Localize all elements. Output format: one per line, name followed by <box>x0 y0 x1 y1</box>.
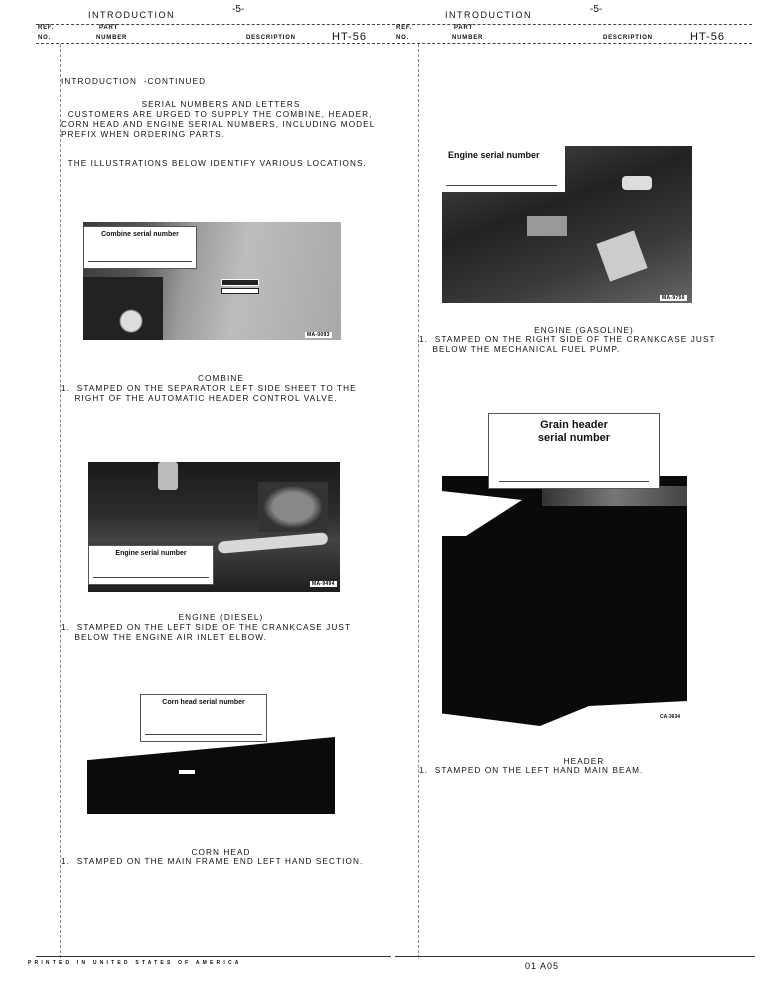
corn-head-callout-box: Corn head serial number <box>140 694 267 742</box>
combine-serial-plate <box>221 279 259 286</box>
engine-filter <box>158 462 178 490</box>
right-header-top-rule <box>392 24 752 25</box>
combine-photo-machinery <box>83 277 163 340</box>
left-header-top-rule <box>36 24 390 25</box>
engine-fitting <box>622 176 652 190</box>
fuel-pump <box>527 216 567 236</box>
corn-head-caption: 1. STAMPED ON THE MAIN FRAME END LEFT HA… <box>61 857 363 867</box>
right-number-label: NUMBER <box>452 35 483 41</box>
header-main-beam <box>542 486 687 506</box>
diesel-callout-box: Engine serial number <box>88 545 214 585</box>
header-highlight <box>442 491 522 536</box>
continued-heading: INTRODUCTION -CONTINUED <box>61 77 206 87</box>
grain-header-callout-line: Grain header <box>489 419 659 432</box>
grain-header-photo <box>442 476 687 726</box>
grain-header-callout-box: Grain header serial number <box>488 413 660 489</box>
caption-line: 1. STAMPED ON THE SEPARATOR LEFT SIDE SH… <box>61 384 357 394</box>
right-model-code: HT-56 <box>690 31 725 43</box>
callout-underline <box>446 185 557 186</box>
corn-head-callout-label: Corn head serial number <box>141 699 266 706</box>
right-description-label: DESCRIPTION <box>603 35 653 41</box>
corn-head-photo <box>87 737 335 814</box>
combine-callout-label: Combine serial number <box>84 231 196 238</box>
right-footer-rule <box>395 956 755 957</box>
diesel-caption-title: ENGINE (DIESEL) <box>61 613 381 623</box>
gasoline-callout-label: Engine serial number <box>448 150 565 160</box>
printed-in-usa-footer: PRINTED IN UNITED STATES OF AMERICA <box>28 960 242 966</box>
header-caption: 1. STAMPED ON THE LEFT HAND MAIN BEAM. <box>419 766 643 776</box>
grain-header-fig-code: CA-3634 <box>660 714 680 720</box>
caption-line: 1. STAMPED ON THE MAIN FRAME END LEFT HA… <box>61 857 363 867</box>
combine-caption-title: COMBINE <box>61 374 381 384</box>
combine-fig-code: MA-0093 <box>305 332 332 338</box>
left-part-label: PART <box>99 25 118 31</box>
left-description-label: DESCRIPTION <box>246 35 296 41</box>
callout-underline <box>499 481 649 482</box>
callout-underline <box>145 734 262 735</box>
grain-header-callout-line: serial number <box>489 432 659 445</box>
diesel-caption: 1. STAMPED ON THE LEFT SIDE OF THE CRANK… <box>61 623 351 643</box>
combine-callout-box: Combine serial number <box>83 226 197 269</box>
caption-line: RIGHT OF THE AUTOMATIC HEADER CONTROL VA… <box>61 394 357 404</box>
left-model-code: HT-56 <box>332 31 367 43</box>
right-no-label: NO. <box>396 35 409 41</box>
caption-line: 1. STAMPED ON THE LEFT HAND MAIN BEAM. <box>419 766 643 776</box>
air-inlet-elbow <box>218 532 329 554</box>
combine-serial-plate <box>221 288 259 294</box>
grain-header-callout-label: Grain header serial number <box>489 419 659 445</box>
left-section-title: INTRODUCTION <box>88 10 175 20</box>
gasoline-callout-box: Engine serial number <box>442 146 565 192</box>
corn-head-serial-plate <box>179 770 195 774</box>
caption-line: 1. STAMPED ON THE RIGHT SIDE OF THE CRAN… <box>419 335 716 345</box>
left-footer-rule <box>36 956 391 957</box>
illustrations-note: THE ILLUSTRATIONS BELOW IDENTIFY VARIOUS… <box>61 159 367 169</box>
left-ref-column-line <box>60 44 61 958</box>
intro-line: CUSTOMERS ARE URGED TO SUPPLY THE COMBIN… <box>61 110 375 120</box>
caption-line: BELOW THE ENGINE AIR INLET ELBOW. <box>61 633 351 643</box>
left-page-number: -5- <box>232 4 244 15</box>
left-ref-label: REF. <box>38 25 54 31</box>
caption-line: 1. STAMPED ON THE LEFT SIDE OF THE CRANK… <box>61 623 351 633</box>
right-header-bottom-rule <box>392 43 752 44</box>
gasoline-caption: 1. STAMPED ON THE RIGHT SIDE OF THE CRAN… <box>419 335 716 355</box>
diesel-fig-code: MA-9494 <box>310 581 337 587</box>
callout-underline <box>88 261 192 262</box>
intro-paragraph: CUSTOMERS ARE URGED TO SUPPLY THE COMBIN… <box>61 110 375 140</box>
right-section-title: INTRODUCTION <box>445 10 532 20</box>
intro-line: PREFIX WHEN ORDERING PARTS. <box>61 130 375 140</box>
serial-numbers-subheading: SERIAL NUMBERS AND LETTERS <box>61 100 381 110</box>
combine-caption: 1. STAMPED ON THE SEPARATOR LEFT SIDE SH… <box>61 384 357 404</box>
callout-underline <box>93 577 209 578</box>
diesel-callout-label: Engine serial number <box>89 550 213 557</box>
right-page-number: -5- <box>590 4 602 15</box>
left-no-label: NO. <box>38 35 51 41</box>
right-part-label: PART <box>454 25 473 31</box>
engine-block-part <box>596 230 647 281</box>
caption-line: BELOW THE MECHANICAL FUEL PUMP. <box>419 345 716 355</box>
gasoline-fig-code: MA-9750 <box>660 295 687 301</box>
engine-component <box>258 482 328 532</box>
left-number-label: NUMBER <box>96 35 127 41</box>
right-ref-column-line <box>418 44 419 958</box>
page-code-footer: 01 A05 <box>525 961 559 971</box>
left-header-bottom-rule <box>36 43 390 44</box>
right-ref-label: REF. <box>396 25 412 31</box>
intro-line: CORN HEAD AND ENGINE SERIAL NUMBERS, INC… <box>61 120 375 130</box>
